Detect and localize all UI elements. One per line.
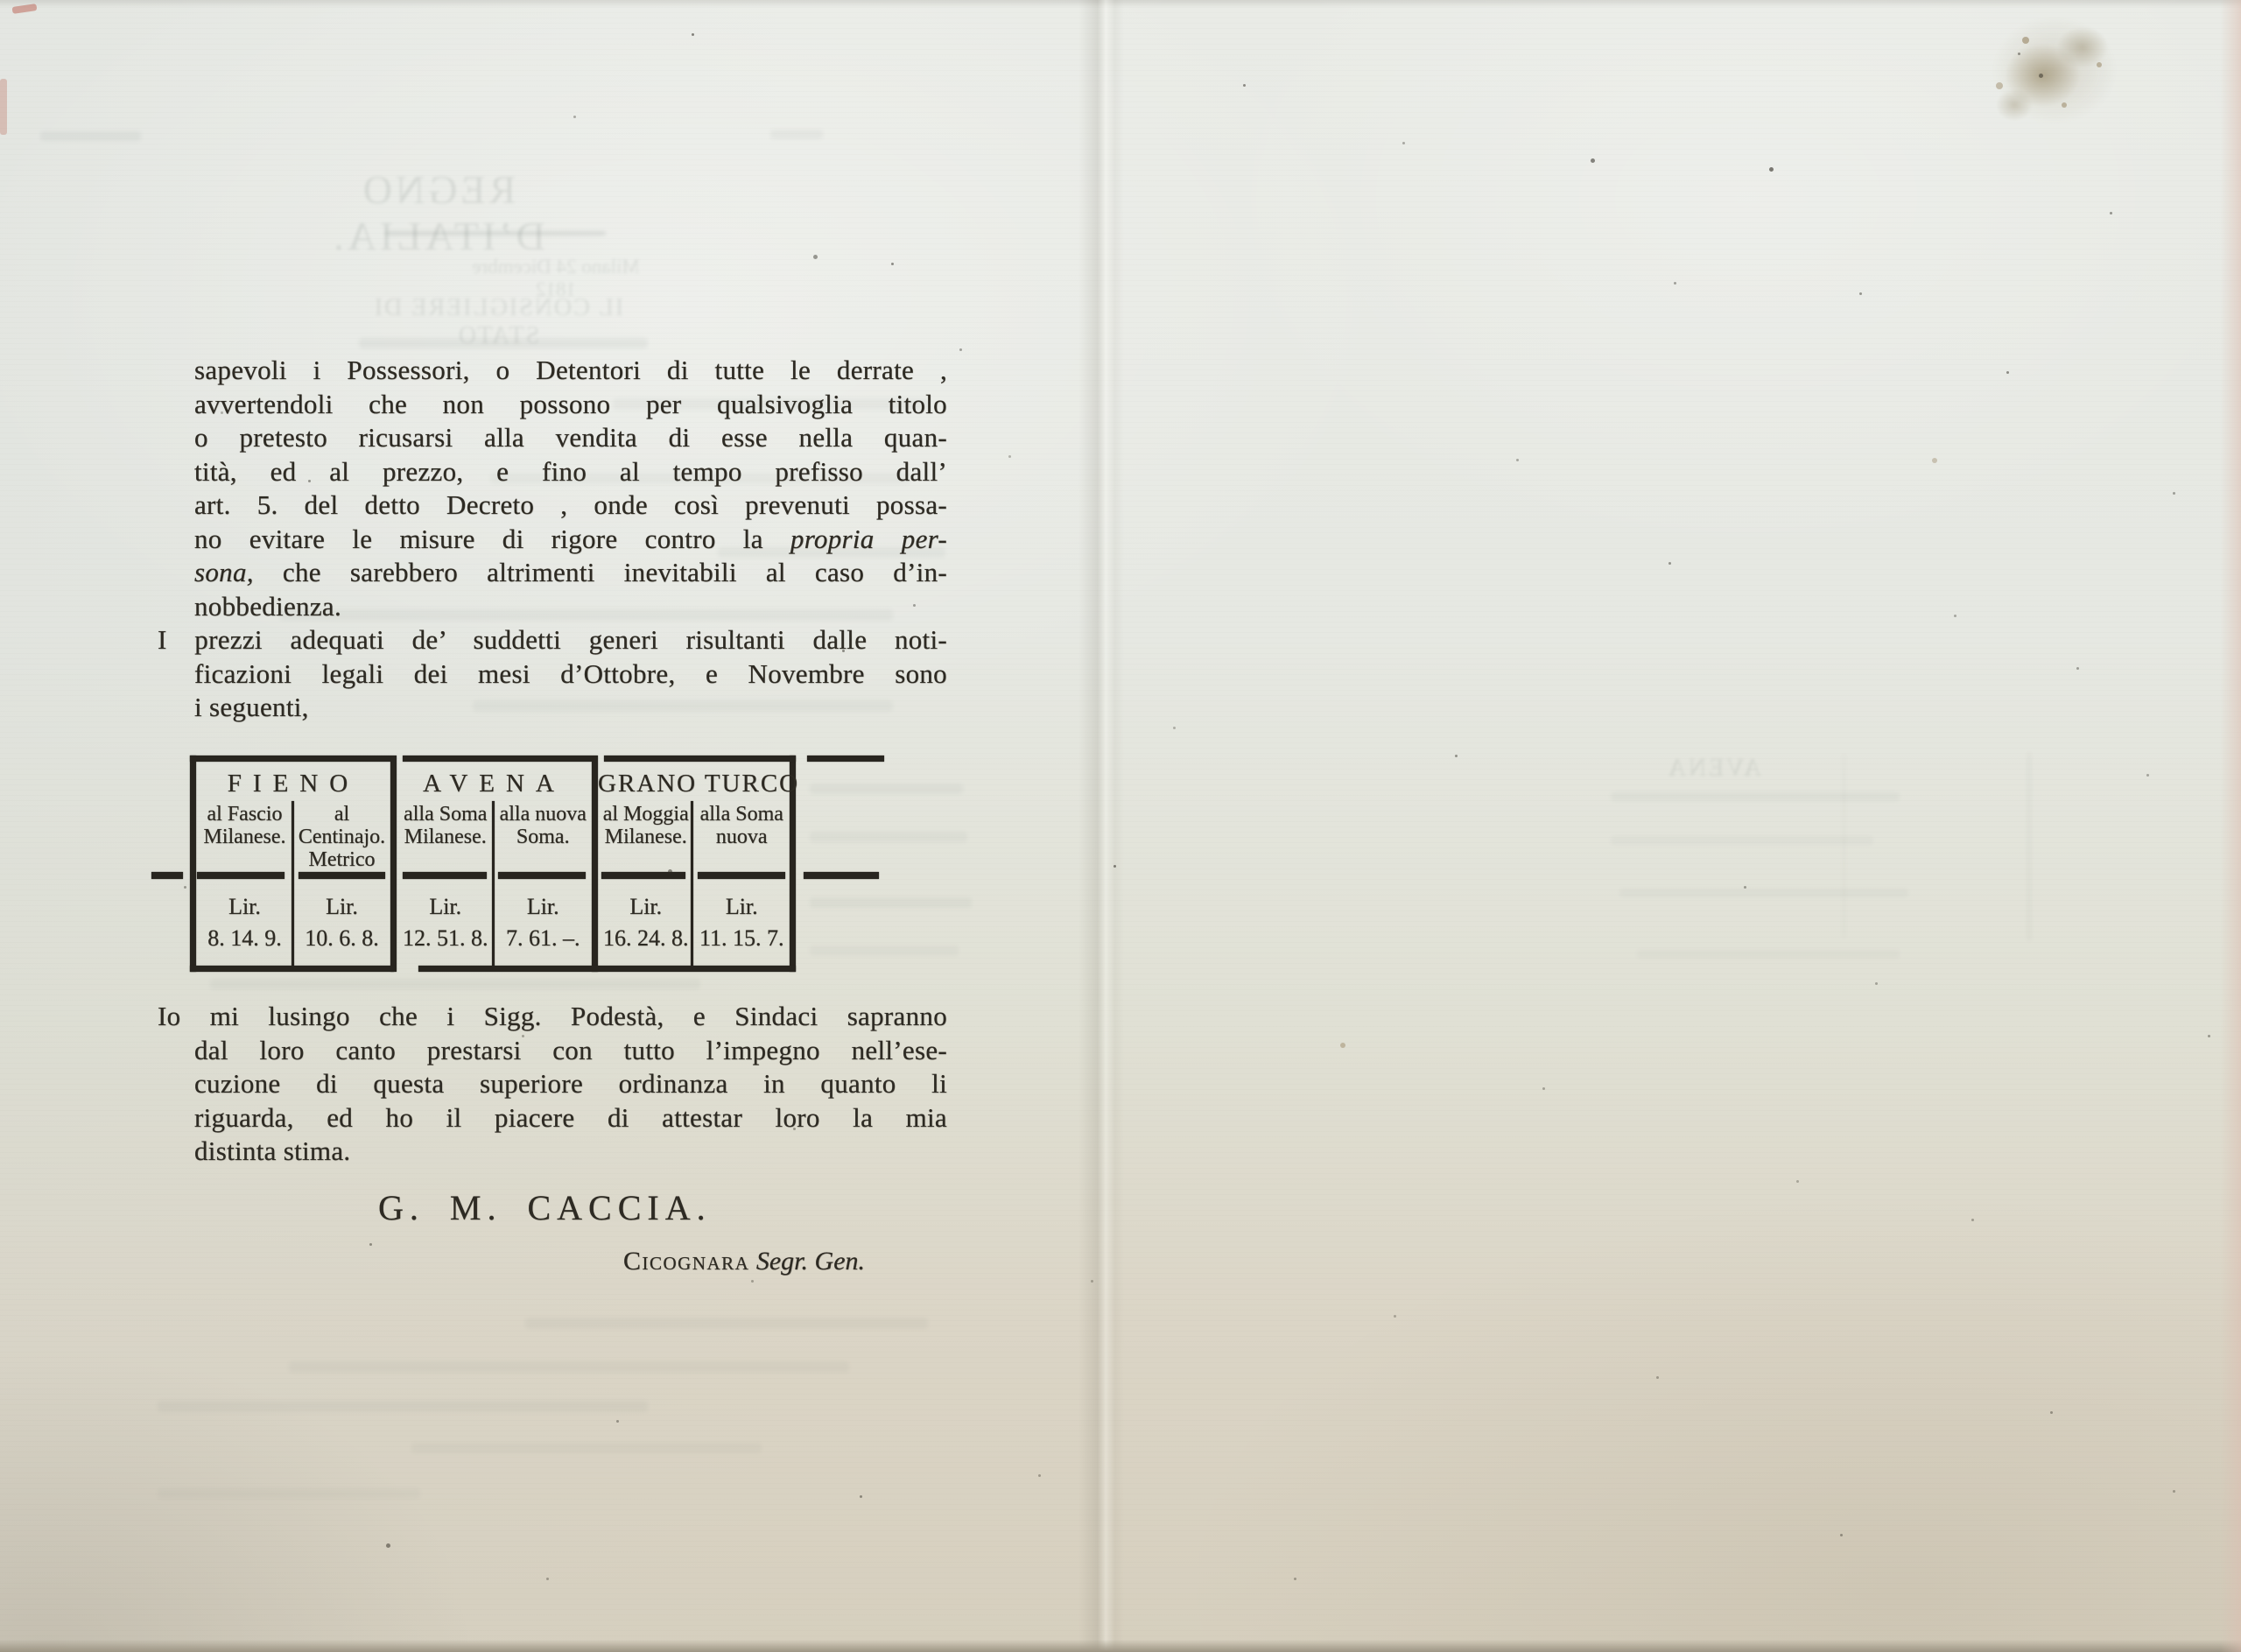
column-unit-headers: al Fascio Milanese. al Centinajo. Metric… bbox=[196, 803, 390, 871]
paragraph-prices-intro: I prezzi adequati de’ suddetti generi ri… bbox=[194, 623, 947, 725]
table-divider-group1 bbox=[390, 756, 397, 972]
column-group-title: GRANO TURCO bbox=[598, 770, 790, 798]
price-value: 10. 6. 8. bbox=[293, 925, 390, 952]
currency-label: Lir. bbox=[293, 894, 390, 920]
unit-line: alla Soma bbox=[694, 803, 790, 826]
text-run-italic: sona, bbox=[194, 557, 254, 587]
price-cells: Lir. 12. 51. 8. Lir. 7. 61. –. bbox=[397, 894, 592, 952]
table-group-avena: AVENA alla Soma Milanese. alla nuova Som… bbox=[397, 756, 592, 972]
price-cell: Lir. 8. 14. 9. bbox=[196, 894, 293, 952]
table-border-left bbox=[190, 756, 196, 972]
text-line: avvertendoli che non possono per qualsiv… bbox=[194, 388, 947, 422]
unit-header: alla Soma Milanese. bbox=[397, 803, 495, 848]
currency-label: Lir. bbox=[598, 894, 694, 920]
unit-header: al Fascio Milanese. bbox=[196, 803, 293, 871]
unit-line: alla nuova bbox=[495, 803, 593, 826]
text-line: I prezzi adequati de’ suddetti generi ri… bbox=[158, 623, 947, 657]
signature-secretary: Cicognara Segr. Gen. bbox=[623, 1247, 865, 1276]
currency-label: Lir. bbox=[694, 894, 790, 920]
table-group-grano-turco: GRANO TURCO al Moggia Milanese. alla Som… bbox=[598, 756, 790, 972]
text-line: tità, ed al prezzo, e fino al tempo pref… bbox=[194, 455, 947, 489]
price-cell: Lir. 16. 24. 8. bbox=[598, 894, 694, 952]
column-group-title: AVENA bbox=[397, 770, 592, 798]
currency-label: Lir. bbox=[397, 894, 495, 920]
unit-line: al Fascio bbox=[196, 803, 293, 826]
text-line: distinta stima. bbox=[194, 1135, 947, 1169]
text-line: art. 5. del detto Decreto , onde così pr… bbox=[194, 489, 947, 523]
column-unit-headers: alla Soma Milanese. alla nuova Soma. bbox=[397, 803, 592, 848]
text-line: Io mi lusingo che i Sigg. Podestà, e Sin… bbox=[158, 1000, 947, 1034]
price-cell: Lir. 11. 15. 7. bbox=[694, 894, 790, 952]
paragraph-closing: Io mi lusingo che i Sigg. Podestà, e Sin… bbox=[194, 1000, 947, 1169]
text-line: dal loro canto prestarsi con tutto l’imp… bbox=[194, 1034, 947, 1068]
text-line: o pretesto ricusarsi alla vendita di ess… bbox=[194, 421, 947, 455]
price-value: 7. 61. –. bbox=[495, 925, 593, 952]
unit-line: Milanese. bbox=[598, 826, 694, 848]
text-line: sona, che sarebbero altrimenti inevitabi… bbox=[194, 556, 947, 590]
unit-line: Centinajo. bbox=[293, 826, 390, 848]
price-value: 12. 51. 8. bbox=[397, 925, 495, 952]
text-run: no evitare le misure di rigore contro la bbox=[194, 524, 790, 554]
unit-line: Metrico bbox=[293, 848, 390, 871]
table-divider-group2 bbox=[592, 756, 598, 972]
printed-content: sapevoli i Possessori, o Detentori di tu… bbox=[0, 0, 2241, 1652]
currency-label: Lir. bbox=[495, 894, 593, 920]
unit-line: al Moggia bbox=[598, 803, 694, 826]
unit-line: alla Soma bbox=[397, 803, 495, 826]
table-border-top-extension bbox=[807, 756, 884, 762]
document-page: REGNO D’ITALIA. Milano 24 Dicembre 1812 … bbox=[0, 0, 2241, 1652]
text-line: sapevoli i Possessori, o Detentori di tu… bbox=[194, 354, 947, 388]
price-cells: Lir. 16. 24. 8. Lir. 11. 15. 7. bbox=[598, 894, 790, 952]
text-line: no evitare le misure di rigore contro la… bbox=[194, 523, 947, 557]
currency-label: Lir. bbox=[196, 894, 293, 920]
text-run: che sarebbero altrimenti inevitabili al … bbox=[254, 557, 947, 587]
price-cell: Lir. 7. 61. –. bbox=[495, 894, 593, 952]
unit-header: al Centinajo. Metrico bbox=[293, 803, 390, 871]
secretary-title: Segr. Gen. bbox=[749, 1247, 865, 1276]
price-cells: Lir. 8. 14. 9. Lir. 10. 6. 8. bbox=[196, 894, 390, 952]
unit-line: Milanese. bbox=[196, 826, 293, 848]
unit-header: al Moggia Milanese. bbox=[598, 803, 694, 848]
unit-header: alla nuova Soma. bbox=[495, 803, 593, 848]
price-cell: Lir. 12. 51. 8. bbox=[397, 894, 495, 952]
price-cell: Lir. 10. 6. 8. bbox=[293, 894, 390, 952]
text-line: ficazioni legali dei mesi d’Ottobre, e N… bbox=[194, 657, 947, 692]
column-unit-headers: al Moggia Milanese. alla Soma nuova bbox=[598, 803, 790, 848]
text-line: riguarda, ed ho il piacere di attestar l… bbox=[194, 1101, 947, 1135]
signature-name: G. M. CACCIA. bbox=[378, 1187, 712, 1228]
price-value: 16. 24. 8. bbox=[598, 925, 694, 952]
price-table: FIENO al Fascio Milanese. al Centinajo. … bbox=[190, 756, 796, 972]
unit-line: Soma. bbox=[495, 826, 593, 848]
unit-header: alla Soma nuova bbox=[694, 803, 790, 848]
text-line: nobbedienza. bbox=[194, 590, 947, 624]
text-run-italic: propria per- bbox=[790, 524, 947, 554]
table-midrule-right-extension bbox=[804, 872, 879, 879]
unit-line: nuova bbox=[694, 826, 790, 848]
paragraph-obligations: sapevoli i Possessori, o Detentori di tu… bbox=[194, 354, 947, 623]
price-value: 11. 15. 7. bbox=[694, 925, 790, 952]
unit-line: Milanese. bbox=[397, 826, 495, 848]
table-group-fieno: FIENO al Fascio Milanese. al Centinajo. … bbox=[196, 756, 390, 972]
price-value: 8. 14. 9. bbox=[196, 925, 293, 952]
secretary-name: Cicognara bbox=[623, 1247, 749, 1276]
text-line: i seguenti, bbox=[194, 691, 947, 725]
column-group-title: FIENO bbox=[196, 770, 390, 798]
unit-line: al bbox=[293, 803, 390, 826]
table-midrule-left-dash bbox=[151, 872, 183, 879]
text-line: cuzione di questa superiore ordinanza in… bbox=[194, 1067, 947, 1101]
